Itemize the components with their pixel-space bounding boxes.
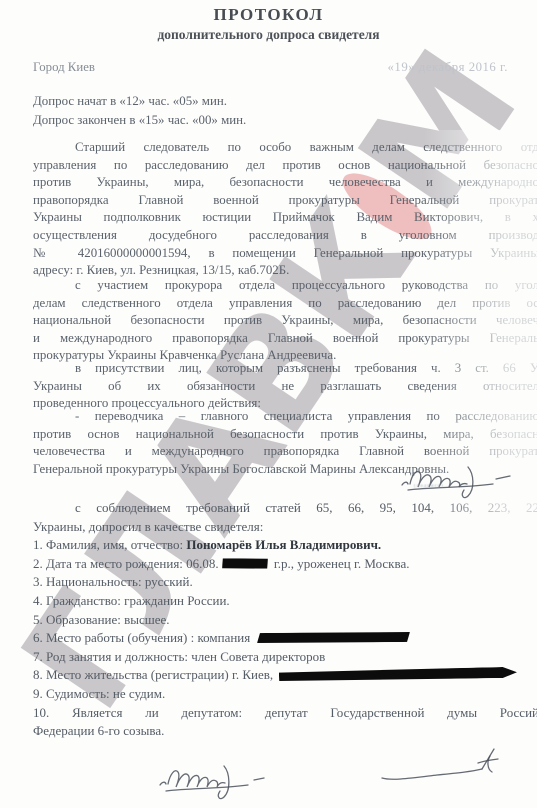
text-line: осуществления досудебного расследования … bbox=[33, 228, 537, 246]
item-text: 1. Фамилия, имя, отчество: bbox=[33, 537, 186, 552]
protocol-item: 4. Гражданство: гражданин России. bbox=[33, 593, 537, 612]
protocol-item: 7. Род занятия и должность: член Совета … bbox=[33, 649, 537, 668]
signature-flourish-icon bbox=[378, 746, 504, 786]
text-line: Украины подполковник юстиции Приймачок В… bbox=[33, 210, 537, 228]
text-line: против основ национальной безопасности п… bbox=[33, 427, 537, 445]
date-label: «19» декабря 2016 г. bbox=[388, 60, 508, 75]
text-line: национальной безопасности против Украины… bbox=[33, 313, 537, 331]
interrogation-start-line: Допрос начат в «12» час. «05» мин. bbox=[33, 92, 246, 111]
text-line: Старший следователь по особо важным дела… bbox=[33, 140, 537, 158]
item-text: 10. Является ли депутатом: депутат Госуд… bbox=[33, 705, 537, 720]
witness-name: Пономарёв Илья Владимирович. bbox=[186, 537, 381, 552]
signature-caption: (подпись) bbox=[414, 484, 444, 489]
redaction-bar bbox=[279, 667, 517, 682]
item-text: 7. Род занятия и должность: член Совета … bbox=[33, 649, 325, 664]
translator-signature: (подпись) bbox=[398, 457, 516, 499]
text-line: против Украины, мира, безопасности челов… bbox=[33, 175, 537, 193]
city-label: Город Киев bbox=[33, 60, 95, 75]
city-date-row: Город Киев «19» декабря 2016 г. bbox=[33, 60, 508, 75]
presence-paragraph: в присутствии лиц, которым разъяснены тр… bbox=[33, 361, 537, 414]
witness-details-block: с соблюдением требований статей 65, 66, … bbox=[33, 500, 537, 742]
text-line: № 42016000000001594, в помещении Генерал… bbox=[33, 246, 537, 264]
signature-scribble-icon bbox=[156, 753, 268, 801]
redaction-bar bbox=[222, 557, 268, 569]
item-text: 6. Место работы (обучения) : компания bbox=[33, 630, 254, 645]
text-line: делам следственного отдела управления по… bbox=[33, 296, 537, 314]
redaction-bar bbox=[256, 631, 409, 644]
text-line: с участием прокурора отдела процессуальн… bbox=[33, 278, 537, 296]
protocol-item: 6. Место работы (обучения) : компания bbox=[33, 630, 537, 649]
protocol-item: 5. Образование: высшее. bbox=[33, 612, 537, 631]
bottom-left-signature bbox=[156, 753, 268, 801]
document-title: ПРОТОКОЛ bbox=[0, 5, 537, 25]
prosecutor-paragraph: с участием прокурора отдела процессуальн… bbox=[33, 278, 537, 366]
investigator-paragraph: Старший следователь по особо важным дела… bbox=[33, 140, 537, 281]
protocol-item: 2. Дата та место рождения: 06.08. г.р., … bbox=[33, 556, 537, 575]
item-text: 3. Национальность: русский. bbox=[33, 574, 193, 589]
text-line: и международного правопорядка Главной во… bbox=[33, 331, 537, 349]
item-text: г.р., уроженец г. Москва. bbox=[271, 556, 410, 571]
protocol-item: Федерации 6-го созыва. bbox=[33, 723, 537, 742]
protocol-item: 9. Судимость: не судим. bbox=[33, 686, 537, 705]
item-text: 5. Образование: высшее. bbox=[33, 612, 170, 627]
protocol-item: 3. Национальность: русский. bbox=[33, 574, 537, 593]
text-line: с соблюдением требований статей 65, 66, … bbox=[33, 500, 537, 519]
bottom-right-signature bbox=[378, 746, 504, 786]
interrogation-end-line: Допрос закончен в «15» час. «00» мин. bbox=[33, 111, 246, 130]
interrogation-times: Допрос начат в «12» час. «05» мин. Допро… bbox=[33, 92, 246, 130]
item-text: 4. Гражданство: гражданин России. bbox=[33, 593, 230, 608]
text-line: - переводчика – главного специалиста упр… bbox=[33, 409, 537, 427]
text-line: правопорядка Главной военной прокуратуры… bbox=[33, 193, 537, 211]
signature-scribble-icon bbox=[398, 457, 516, 499]
protocol-item: 1. Фамилия, имя, отчество: Пономарёв Иль… bbox=[33, 537, 537, 556]
protocol-item: 8. Место жительства (регистрации) г. Кие… bbox=[33, 667, 537, 686]
item-text: 9. Судимость: не судим. bbox=[33, 686, 165, 701]
item-text: 2. Дата та место рождения: 06.08. bbox=[33, 556, 219, 571]
text-line: Украины об их обязанности не разглашать … bbox=[33, 379, 537, 397]
document-subtitle: дополнительного допроса свидетеля bbox=[0, 27, 537, 43]
scanned-protocol-page: ГЛАВКМ ПРОТОКОЛ дополнительного допроса … bbox=[0, 0, 537, 808]
item-text: Федерации 6-го созыва. bbox=[33, 723, 164, 738]
text-line: Украины, допросил в качестве свидетеля: bbox=[33, 519, 537, 538]
protocol-item: 10. Является ли депутатом: депутат Госуд… bbox=[33, 705, 537, 724]
item-text: 8. Место жительства (регистрации) г. Кие… bbox=[33, 667, 276, 682]
text-line: управления по расследованию дел против о… bbox=[33, 158, 537, 176]
text-line: в присутствии лиц, которым разъяснены тр… bbox=[33, 361, 537, 379]
